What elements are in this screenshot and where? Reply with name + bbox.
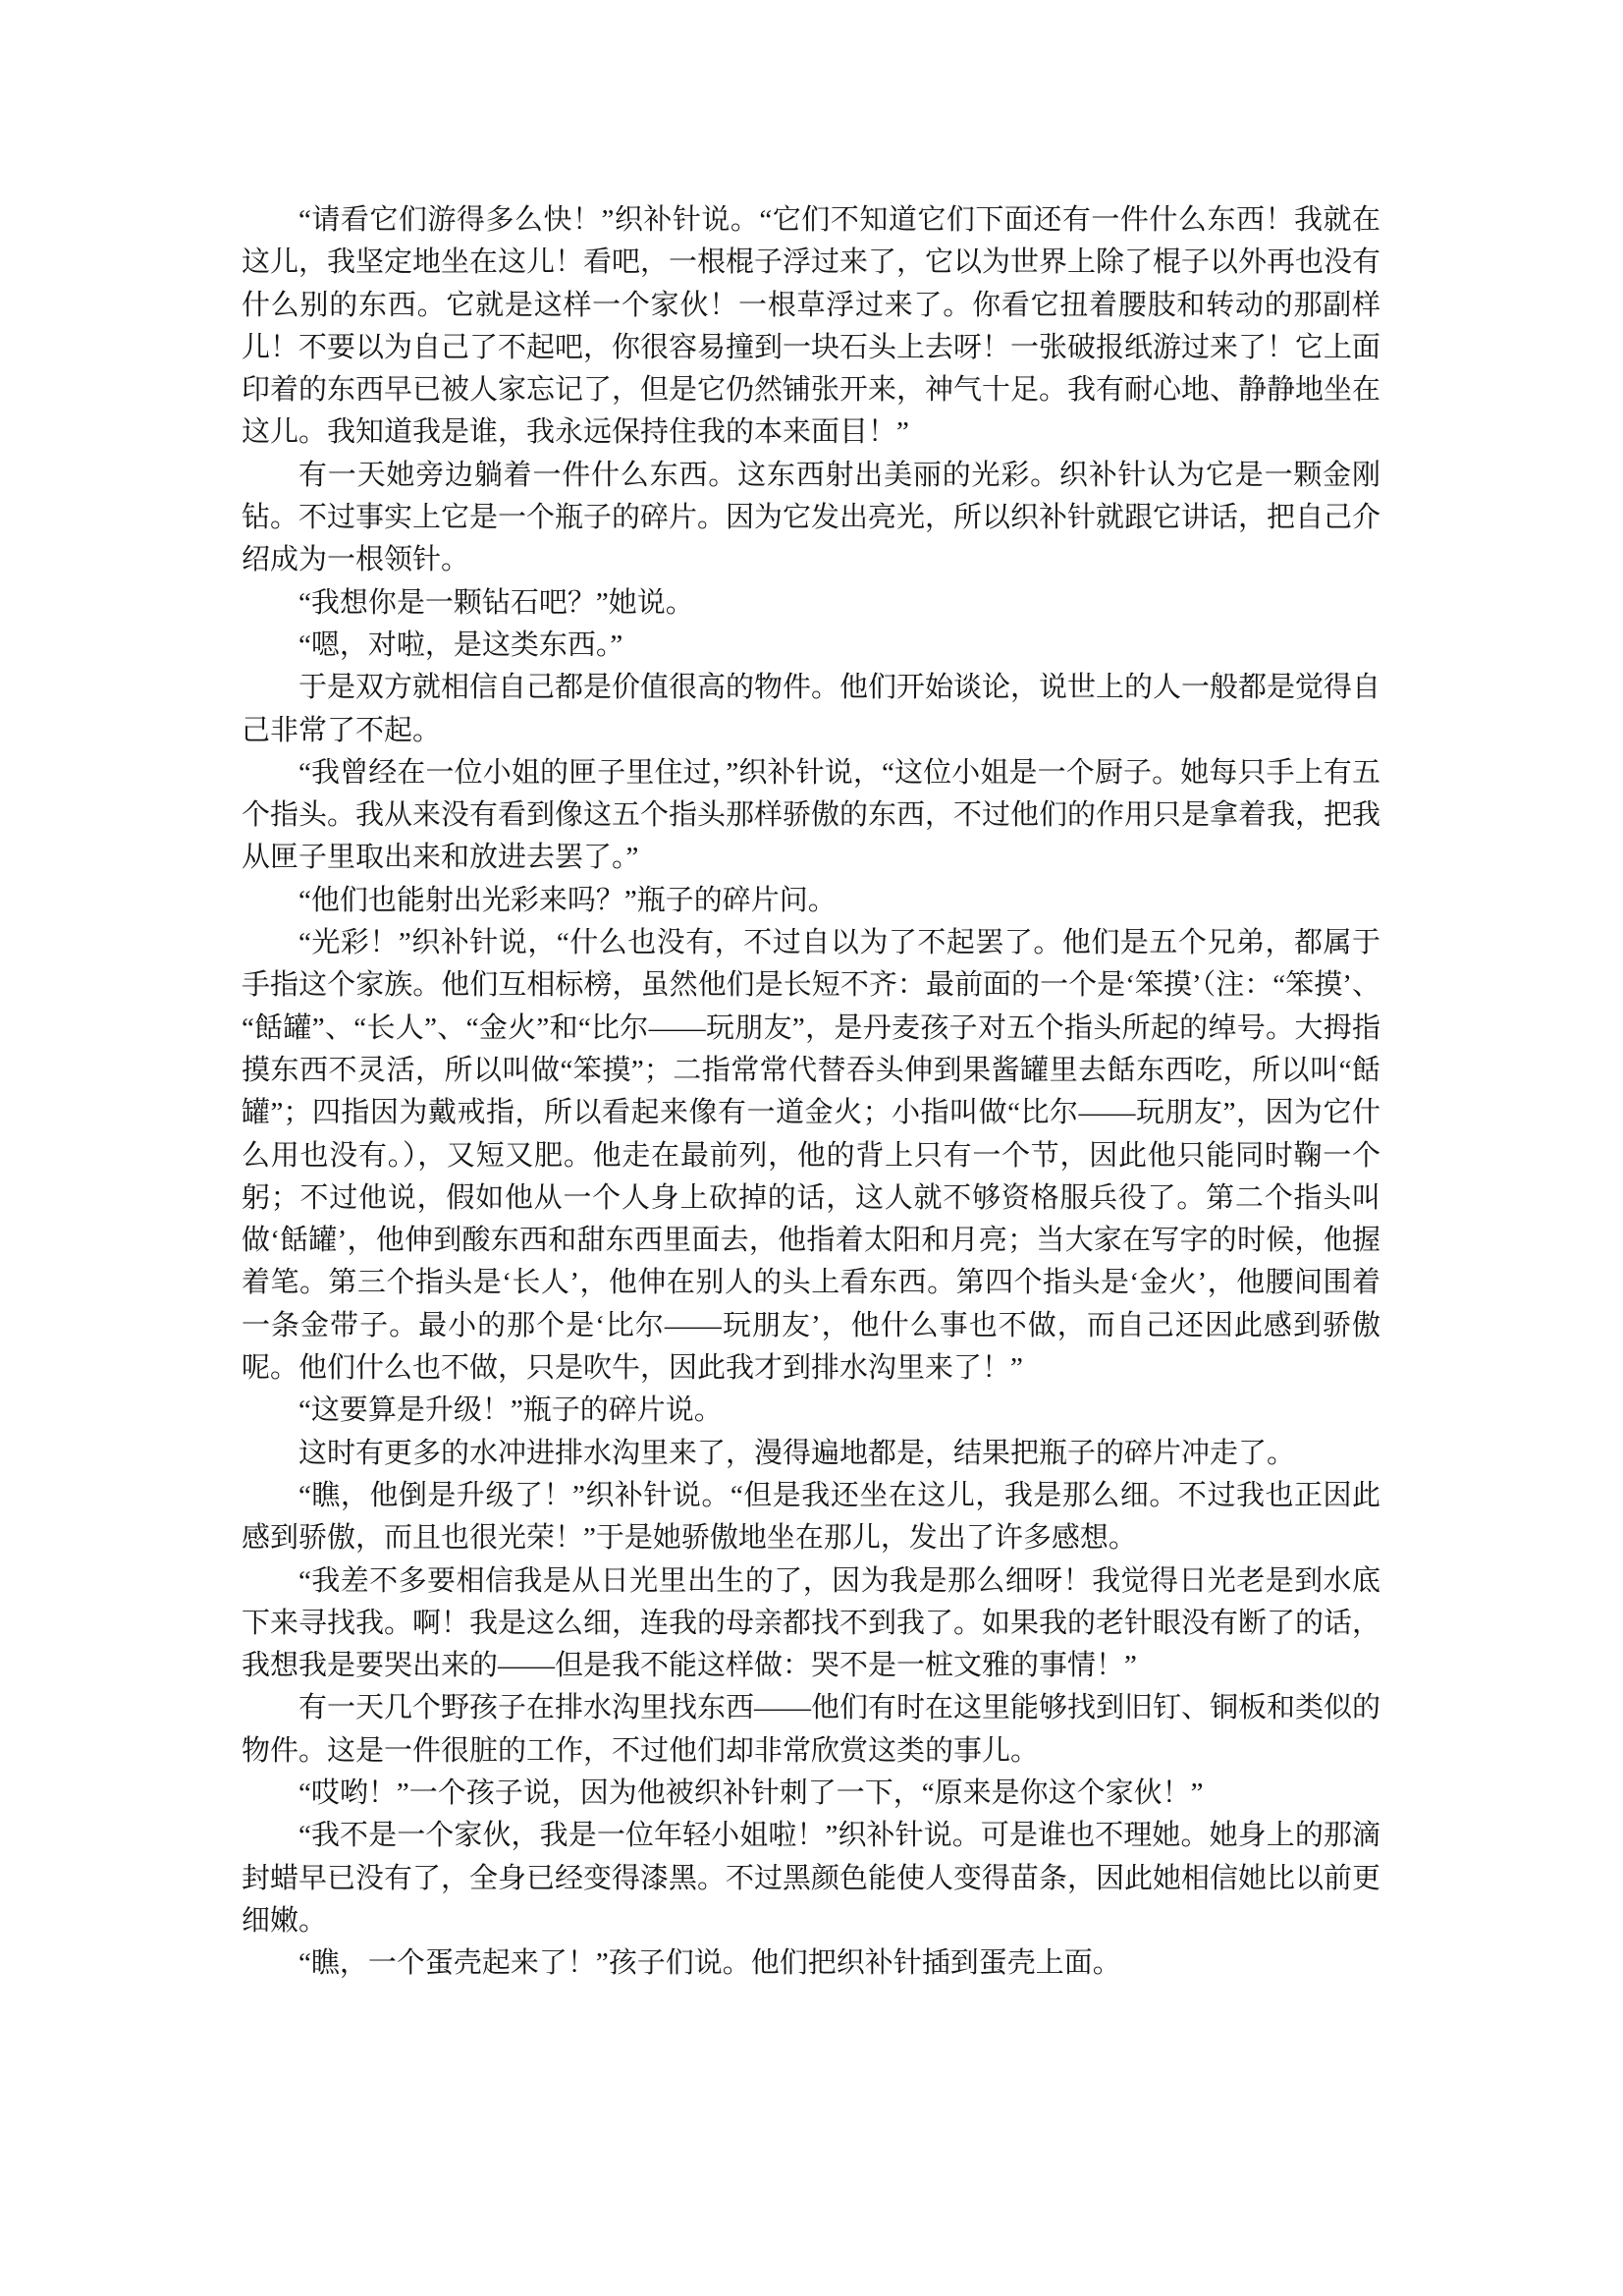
paragraph-4: “嗯，对啦，是这类东西。” bbox=[242, 625, 1380, 667]
paragraph-10: 这时有更多的水冲进排水沟里来了，漫得遍地都是，结果把瓶子的碎片冲走了。 bbox=[242, 1433, 1380, 1475]
paragraph-13: 有一天几个野孩子在排水沟里找东西——他们有时在这里能够找到旧钉、铜板和类似的物件… bbox=[242, 1687, 1380, 1773]
text-block: “请看它们游得多么快！”织补针说。“它们不知道它们下面还有一件什么东西！我就在这… bbox=[242, 199, 1380, 1985]
paragraph-2: 有一天她旁边躺着一件什么东西。这东西射出美丽的光彩。织补针认为它是一颗金刚钻。不… bbox=[242, 455, 1380, 582]
document-page: “请看它们游得多么快！”织补针说。“它们不知道它们下面还有一件什么东西！我就在这… bbox=[0, 0, 1623, 2296]
paragraph-9: “这要算是升级！”瓶子的碎片说。 bbox=[242, 1390, 1380, 1432]
paragraph-14: “哎哟！”一个孩子说，因为他被织补针刺了一下，“原来是你这个家伙！” bbox=[242, 1773, 1380, 1815]
paragraph-8: “光彩！”织补针说，“什么也没有，不过自以为了不起罢了。他们是五个兄弟，都属于手… bbox=[242, 922, 1380, 1390]
paragraph-5: 于是双方就相信自己都是价值很高的物件。他们开始谈论，说世上的人一般都是觉得自己非… bbox=[242, 667, 1380, 752]
paragraph-15: “我不是一个家伙，我是一位年轻小姐啦！”织补针说。可是谁也不理她。她身上的那滴封… bbox=[242, 1815, 1380, 1942]
paragraph-16: “瞧，一个蛋壳起来了！”孩子们说。他们把织补针插到蛋壳上面。 bbox=[242, 1942, 1380, 1985]
paragraph-3: “我想你是一颗钻石吧？”她说。 bbox=[242, 582, 1380, 625]
paragraph-6: “我曾经在一位小姐的匣子里住过，”织补针说，“这位小姐是一个厨子。她每只手上有五… bbox=[242, 752, 1380, 880]
paragraph-1: “请看它们游得多么快！”织补针说。“它们不知道它们下面还有一件什么东西！我就在这… bbox=[242, 199, 1380, 455]
paragraph-7: “他们也能射出光彩来吗？”瓶子的碎片问。 bbox=[242, 880, 1380, 922]
paragraph-12: “我差不多要相信我是从日光里出生的了，因为我是那么细呀！我觉得日光老是到水底下来… bbox=[242, 1560, 1380, 1688]
paragraph-11: “瞧，他倒是升级了！”织补针说。“但是我还坐在这儿，我是那么细。不过我也正因此感… bbox=[242, 1475, 1380, 1560]
